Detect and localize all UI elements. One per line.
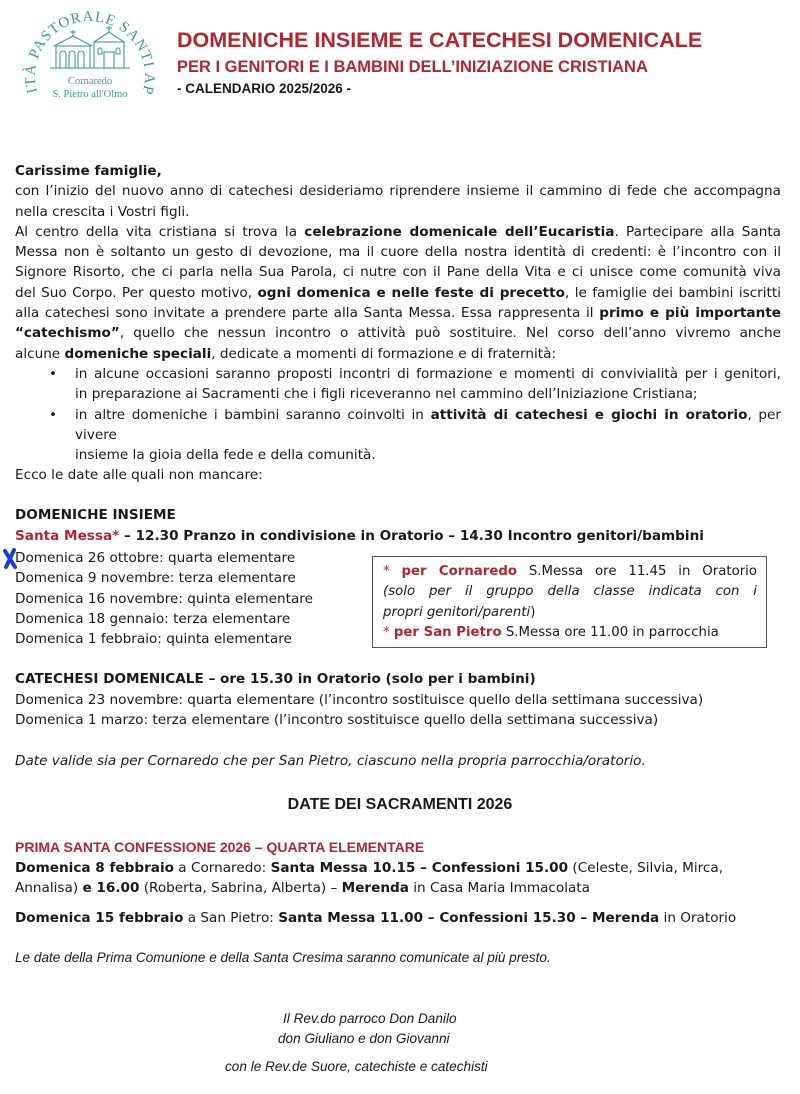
date-item: Domenica 18 gennaio: terza elementare: [15, 609, 313, 629]
signature-line: Il Rev.do parroco Don Danilo: [283, 1011, 457, 1026]
bullet-item: • in altre domeniche i bambini saranno c…: [15, 405, 781, 466]
dates-intro: Ecco le date alle quali non mancare:: [15, 465, 781, 485]
logo-line1: Cornaredo: [68, 76, 112, 87]
date-item: Domenica 1 febbraio: quinta elementare: [15, 629, 313, 649]
document-subtitle: PER I GENITORI E I BAMBINI DELL’INIZIAZI…: [177, 58, 648, 77]
intro-letter: Carissime famiglie, con l’inizio del nuo…: [15, 161, 781, 364]
mass-times-note-box: * per Cornaredo S.Messa ore 11.45 in Ora…: [372, 556, 767, 648]
signature-line: con le Rev.de Suore, catechiste e catech…: [225, 1059, 488, 1074]
validity-note: Date valide sia per Cornaredo che per Sa…: [15, 751, 781, 771]
intro-line: “catechismo”, quello che nessun incontro…: [15, 323, 781, 343]
sacramenti-heading: DATE DEI SACRAMENTI 2026: [0, 796, 800, 814]
bullet-icon: •: [49, 405, 57, 425]
date-item: Domenica 16 novembre: quinta elementare: [15, 589, 313, 609]
date-item: Domenica 1 marzo: terza elementare (l’in…: [15, 710, 781, 730]
date-item: Domenica 9 novembre: terza elementare: [15, 568, 313, 588]
document-title: DOMENICHE INSIEME E CATECHESI DOMENICALE: [177, 28, 702, 53]
intro-line: Al centro della vita cristiana si trova …: [15, 222, 781, 242]
signature-line: don Giuliano e don Giovanni: [278, 1031, 450, 1046]
date-item: Domenica 23 novembre: quarta elementare …: [15, 690, 781, 710]
domeniche-insieme-subheading: Santa Messa* – 12.30 Pranzo in condivisi…: [15, 528, 704, 544]
intro-line: alcune domeniche speciali, dedicate a mo…: [15, 344, 781, 364]
parish-logo: COMUNITÀ PASTORALE SANTI APOSTOLI Cornar…: [20, 2, 160, 134]
bullet-list: • in alcune occasioni saranno proposti i…: [15, 364, 781, 465]
bullet-icon: •: [49, 364, 57, 384]
greeting: Carissime famiglie,: [15, 161, 781, 181]
catechesi-dates: Domenica 23 novembre: quarta elementare …: [15, 690, 781, 731]
confession-event-cornaredo: Domenica 8 febbraio a Cornaredo: Santa M…: [15, 858, 781, 899]
intro-line: Messa non è soltanto un gesto di devozio…: [15, 242, 781, 262]
bullet-item: • in alcune occasioni saranno proposti i…: [15, 364, 781, 405]
date-item: Domenica 26 ottobre: quarta elementare: [15, 548, 313, 568]
intro-line: con l’inizio del nuovo anno di catechesi…: [15, 181, 781, 201]
logo-line2: S. Pietro all'Olmo: [52, 89, 127, 100]
intro-line: del Suo Corpo. Per questo motivo, ogni d…: [15, 283, 781, 303]
document-page: COMUNITÀ PASTORALE SANTI APOSTOLI Cornar…: [0, 0, 800, 1094]
calendar-label: - CALENDARIO 2025/2026 -: [177, 81, 351, 96]
catechesi-domenicale-heading: CATECHESI DOMENICALE – ore 15.30 in Orat…: [15, 671, 536, 687]
intro-line: alla catechesi sono invitate a prendere …: [15, 303, 781, 323]
confession-heading: PRIMA SANTA CONFESSIONE 2026 – QUARTA EL…: [15, 839, 424, 855]
confession-event-san-pietro: Domenica 15 febbraio a San Pietro: Santa…: [15, 908, 781, 928]
intro-line: nella crescita i Vostri figli.: [15, 202, 781, 222]
domeniche-insieme-dates: Domenica 26 ottobre: quarta elementare D…: [15, 548, 313, 649]
intro-line: Signore Risorto, che ci parla nella Sua …: [15, 262, 781, 282]
domeniche-insieme-heading: DOMENICHE INSIEME: [15, 507, 176, 523]
later-dates-note: Le date della Prima Comunione e della Sa…: [15, 948, 781, 968]
